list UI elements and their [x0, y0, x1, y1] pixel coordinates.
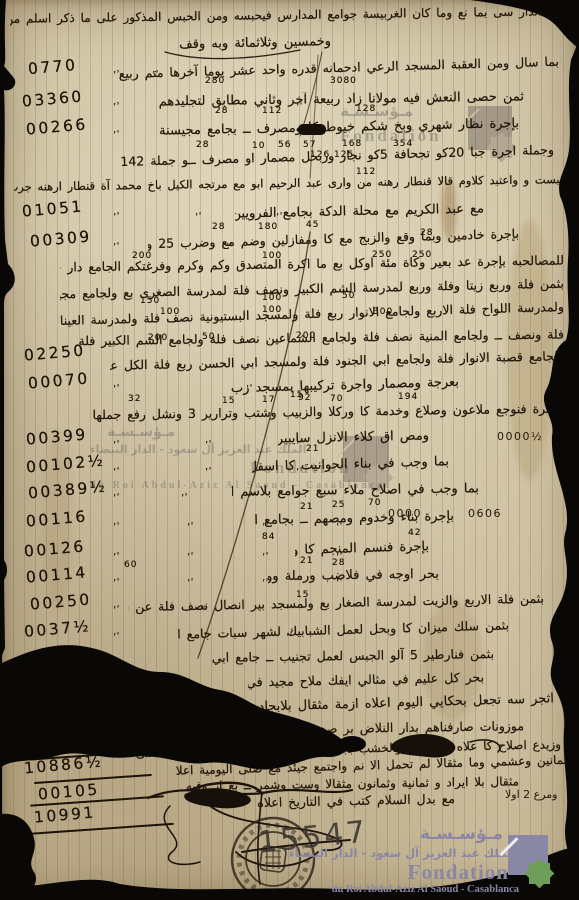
interline-number: 92 — [298, 393, 311, 403]
interline-number: 10 — [252, 141, 265, 151]
interline-number: 84 — [262, 532, 275, 542]
star-icon — [363, 462, 393, 492]
interline-number: 280 — [205, 76, 225, 86]
ditto-mark: ‚‚ — [294, 93, 304, 107]
ditto-mark: ‚‚ — [192, 203, 202, 217]
ditto-mark: ‚‚ — [111, 93, 121, 107]
foundation-arabic-name: مـؤسـسـة — [420, 824, 503, 844]
interline-number: 100 — [262, 293, 282, 303]
margin-total: 650 — [57, 645, 96, 666]
ditto-mark: ‚‚ — [111, 543, 121, 557]
ditto-mark: ‚‚ — [224, 233, 234, 247]
ditto-mark: ‚‚ — [111, 513, 121, 527]
interline-number: 200 — [296, 331, 316, 341]
interline-number: 42 — [408, 528, 421, 538]
ditto-mark: ‚‚ — [202, 458, 212, 472]
interline-number: 21 — [300, 502, 313, 512]
ditto-marks: ‚‚‚‚‚‚‚‚ — [112, 514, 342, 527]
interline-number: 112 — [262, 106, 282, 116]
ditto-mark: ‚‚ — [111, 596, 121, 610]
footer-brand: مـؤسـسـة الملك عبد العزيز آل سعود - الدا… — [0, 822, 579, 900]
ditto-marks: ‚‚‚‚ — [112, 94, 302, 107]
ditto-mark: ‚‚ — [111, 233, 121, 247]
foundation-arabic-line: الملك عبد العزيز آل سعود - الدار البيضاء — [289, 846, 515, 860]
foundation-french-name: Fondation — [408, 860, 509, 885]
ditto-mark: ‚‚ — [202, 431, 212, 445]
interline-number: 300 — [373, 307, 393, 317]
ditto-mark: ‚‚ — [185, 569, 195, 583]
ditto-mark: ‚‚ — [111, 484, 121, 498]
ditto-marks: ‚‚‚‚‚‚‚‚ — [112, 544, 342, 557]
interline-number: 50 — [202, 332, 215, 342]
ditto-marks: ‚‚‚‚‚‚‚‚ — [112, 485, 322, 498]
watermark-logo-middle — [343, 436, 391, 494]
interline-number: 180 — [258, 222, 278, 232]
ditto-marks: ‚‚‚‚ — [112, 376, 252, 389]
interline-number: 45 — [306, 220, 319, 230]
ditto-mark: ‚‚ — [294, 458, 304, 472]
interline-number: 21 — [306, 444, 319, 454]
ditto-mark: ‚‚ — [246, 484, 256, 498]
watermark-logo-top — [468, 106, 514, 164]
interline-number: 17 — [262, 395, 275, 405]
interline-number: 32 — [128, 394, 141, 404]
ditto-mark: ‚‚ — [294, 431, 304, 445]
side-number: 0606 — [468, 507, 502, 520]
ditto-mark: ‚‚ — [259, 543, 269, 557]
interline-number: 28 — [420, 228, 433, 238]
ditto-mark: ‚‚ — [111, 623, 121, 637]
manuscript-scan: بحر الدار سى بما نع وما كان الغربيسة جوا… — [0, 0, 579, 900]
interline-number: 70 — [330, 394, 343, 404]
interline-number: 112 — [356, 167, 376, 177]
interline-number: 168 — [342, 139, 362, 149]
ditto-mark: ‚‚ — [259, 513, 269, 527]
ditto-mark: ‚‚ — [334, 513, 344, 527]
interline-number: 60 — [124, 560, 137, 570]
ditto-mark: ‚‚ — [111, 650, 121, 664]
ditto-marks: ‚‚‚‚ — [112, 62, 158, 75]
ditto-mark: ‚‚ — [150, 61, 160, 75]
interline-number: 150 — [140, 296, 160, 306]
interline-number: 25 — [332, 500, 345, 510]
ditto-mark: ‚‚ — [197, 623, 207, 637]
ditto-mark: ‚‚ — [197, 596, 207, 610]
ditto-mark: ‚‚ — [314, 484, 324, 498]
side-number: 0000 — [388, 507, 422, 520]
ditto-mark: ‚‚ — [334, 543, 344, 557]
interline-number: 50 — [342, 291, 355, 301]
interline-number: 250 — [412, 250, 432, 260]
ditto-mark: ‚‚ — [111, 431, 121, 445]
interline-number: 100 — [262, 305, 282, 315]
ditto-marks: ‚‚‚‚‚‚ — [112, 597, 292, 610]
interline-number: 100 — [160, 307, 180, 317]
ditto-mark: ‚‚ — [111, 569, 121, 583]
ditto-marks: ‚‚‚‚ — [112, 234, 232, 247]
ditto-mark: ‚‚ — [111, 121, 121, 135]
interline-number: 70 — [368, 498, 381, 508]
interline-number: 15 — [296, 590, 309, 600]
side-number: 0000½ — [497, 430, 543, 443]
ditto-mark: ‚‚ — [244, 375, 254, 389]
interline-number: 128 — [356, 104, 376, 114]
ditto-mark: ‚‚ — [111, 375, 121, 389]
ditto-marks: ‚‚‚‚‚‚‚‚ — [112, 570, 342, 583]
ditto-mark: ‚‚ — [111, 458, 121, 472]
ditto-marks: ‚‚ — [112, 122, 202, 135]
interline-number: 250 — [372, 250, 392, 260]
ditto-mark: ‚‚ — [259, 569, 269, 583]
interline-number: 56 — [278, 140, 291, 150]
interline-number: 21 — [300, 556, 313, 566]
ditto-mark: ‚‚ — [274, 203, 284, 217]
interline-number: 200 — [148, 333, 168, 343]
interline-number: 194 — [398, 392, 418, 402]
ditto-mark: ‚‚ — [111, 203, 121, 217]
foundation-french-line: du Roi Abdul-Aziz Al Saoud - Casablanca — [332, 884, 519, 895]
ditto-marks: ‚‚ — [112, 651, 152, 664]
interline-number: 15 — [222, 396, 235, 406]
interline-number: 28 — [196, 140, 209, 150]
interline-number: 126 125 — [310, 150, 354, 160]
ditto-marks: ‚‚‚‚‚‚ — [112, 432, 302, 445]
interline-number: 100 — [262, 251, 282, 261]
star-icon — [524, 858, 554, 888]
interline-number: 3080 — [330, 76, 357, 86]
interline-number: 28 — [332, 558, 345, 568]
ditto-mark: ‚‚ — [185, 513, 195, 527]
ditto-marks: ‚‚‚‚‚‚ — [112, 459, 302, 472]
star-icon — [486, 132, 516, 162]
interline-number: 57 — [303, 140, 316, 150]
side-number: ومرع 2 اولا — [505, 788, 557, 801]
ditto-marks: ‚‚‚‚‚‚ — [112, 204, 282, 217]
ditto-mark: ‚‚ — [334, 569, 344, 583]
ditto-mark: ‚‚ — [284, 596, 294, 610]
ditto-marks: ‚‚‚‚‚‚ — [112, 624, 292, 637]
ditto-mark: ‚‚ — [178, 484, 188, 498]
interline-number: 28 — [215, 106, 228, 116]
interline-number: 200 — [132, 251, 152, 261]
ditto-mark: ‚‚ — [111, 61, 121, 75]
interline-number: 28 — [212, 222, 225, 232]
ditto-mark: ‚‚ — [284, 623, 294, 637]
interline-number: 354 — [393, 139, 413, 149]
ditto-mark: ‚‚ — [185, 543, 195, 557]
